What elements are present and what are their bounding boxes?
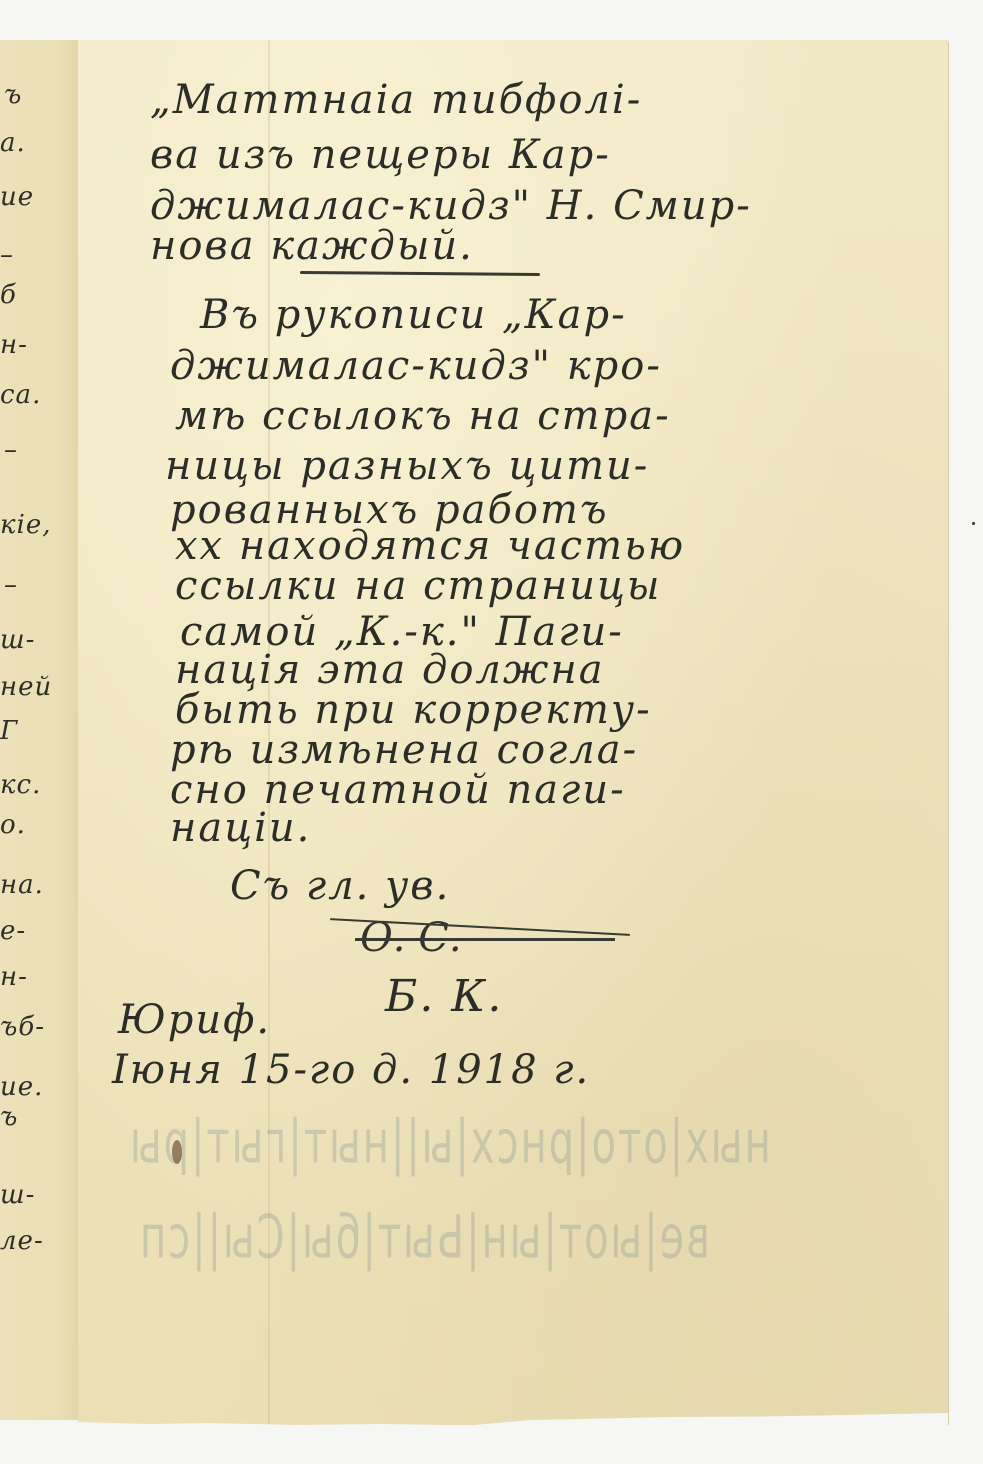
fragment: Г: [0, 716, 18, 746]
fragment: а.: [0, 128, 26, 158]
fragment: ъ: [0, 1102, 18, 1132]
body-line-9: нація эта должна: [175, 650, 605, 690]
fragment: –: [0, 240, 14, 270]
heading-line-2: ва изъ пещеры Кар-: [150, 135, 611, 175]
body-line-7: ссылки на страницы: [175, 566, 662, 606]
fragment: ней: [0, 672, 52, 702]
bleed-through-text: ных|ото|рнсх|ы||ныт|гыт|ры: [128, 1109, 771, 1178]
body-line-6: хх находятся частью: [175, 526, 685, 566]
body-line-8: самой „К.-к." Паги-: [180, 612, 624, 652]
strikethrough-line: [355, 938, 615, 941]
body-line-13: націи.: [170, 808, 311, 848]
date-line: Іюня 15-го д. 1918 г.: [112, 1050, 590, 1090]
fragment: ш-: [0, 1180, 35, 1210]
body-line-3: мѣ ссылокъ на стра-: [175, 396, 671, 436]
heading-line-4: нова каждый.: [150, 226, 474, 266]
body-line-10: быть при корректу-: [175, 690, 652, 730]
signature: Б. К.: [385, 975, 503, 1019]
fragment: кс.: [0, 770, 41, 800]
body-line-12: сно печатной паги-: [170, 770, 626, 810]
heading-line-1: „Маттнаіа тибфолі-: [150, 80, 642, 120]
fragment: о.: [0, 810, 26, 840]
torn-edge: [78, 1413, 948, 1433]
fragment: н-: [0, 330, 28, 360]
adjacent-page-fragment: ъ а. ие – б н- са. – кіе, – ш- ней Г кс.…: [0, 40, 79, 1420]
body-line-1: Въ рукописи „Кар-: [200, 295, 627, 335]
fragment: са.: [0, 380, 41, 410]
bleed-through-text: ве|ыот|ын|Ьыт|бы|Сы||сп: [138, 1204, 710, 1273]
heading-line-3: джималас-кидз" Н. Смир-: [150, 186, 752, 226]
fragment: –: [4, 435, 18, 465]
fragment: ие: [0, 182, 34, 212]
fragment: ш-: [0, 625, 35, 655]
fragment: ие.: [0, 1072, 43, 1102]
fragment: ъб-: [0, 1012, 45, 1042]
fragment: –: [4, 570, 18, 600]
body-line-11: рѣ измѣнена согла-: [170, 730, 638, 770]
fragment: н-: [0, 962, 28, 992]
fragment: на.: [0, 870, 44, 900]
closing-salutation: Съ гл. ув.: [230, 866, 450, 906]
body-line-4: ницы разныхъ цити-: [165, 446, 649, 486]
fragment: ле-: [0, 1226, 44, 1256]
fragment: е-: [0, 916, 26, 946]
ink-speck: [972, 522, 975, 525]
fragment: ъ: [4, 80, 22, 110]
place-name: Юриф.: [118, 1000, 271, 1040]
body-line-2: джималас-кидз" кро-: [170, 346, 662, 386]
fragment: кіе,: [0, 510, 52, 540]
ink-stain: [172, 1140, 182, 1164]
fragment: б: [0, 280, 17, 310]
